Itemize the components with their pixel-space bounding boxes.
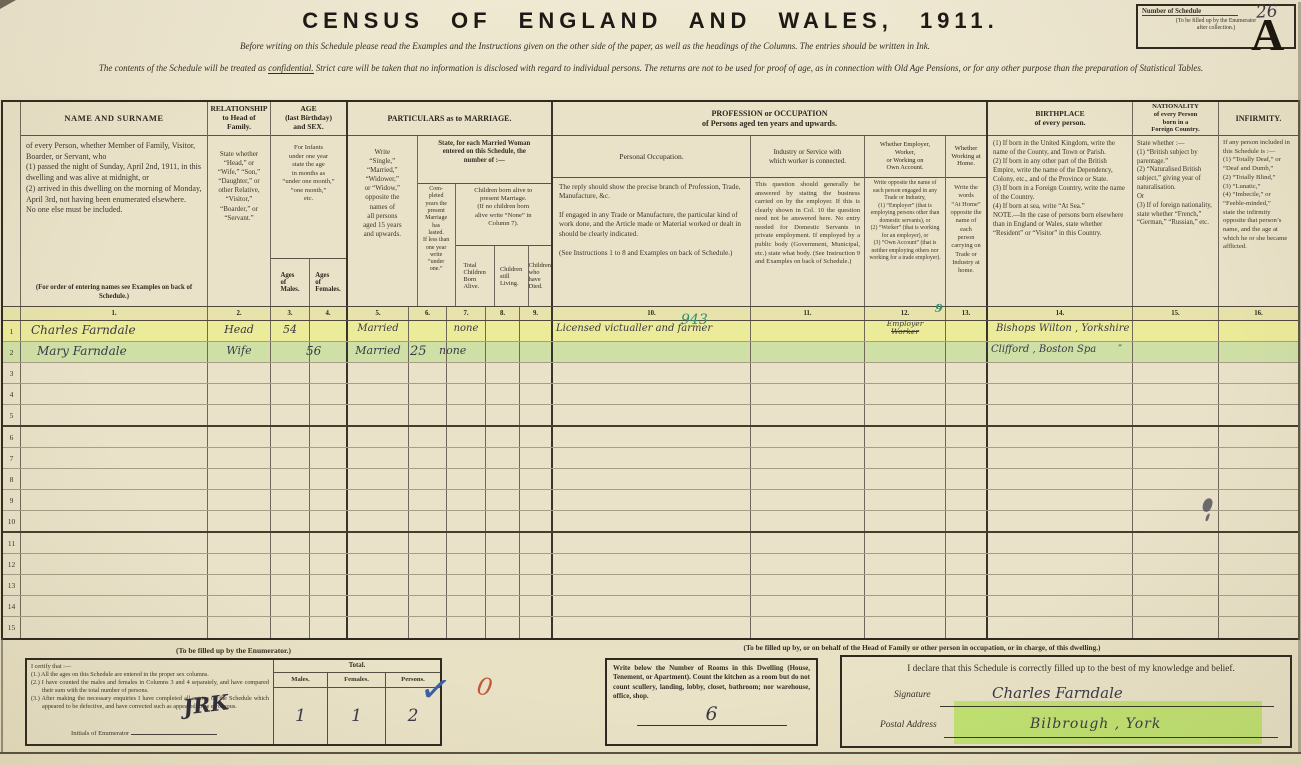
col1-title: NAME AND SURNAME [21,102,207,136]
entry-age-male: 54 [271,323,309,336]
table-row-9: 9 [3,490,1298,511]
entry-marital: Married [348,323,408,334]
col10-header: Personal Occupation. [553,136,750,178]
enumerator-certification-box: I certify that :— (1.) All the ages on t… [25,658,442,746]
col15-instructions: State whether :— (1) “British subject by… [1133,136,1218,306]
initials-label-row: Initials of Enumerator [71,730,217,739]
col4-number: 4. [310,307,348,320]
col13-instructions: Write the words “At Home” opposite the n… [946,178,986,306]
col-infirmity: INFIRMITY. If any person included in thi… [1219,102,1298,306]
declaration-statement: I declare that this Schedule is correctl… [852,664,1290,674]
ages-of-females-header: Ages of Females. [310,259,346,306]
totals-header: Total. [274,660,440,673]
totals-table: Total. Males. Females. Persons. 1 1 2 [274,660,440,744]
enumerator-section-heading: (To be filled up by the Enumerator.) [25,646,442,655]
entry-marital: Married [348,344,408,357]
age-group-title: AGE (last Birthday) and SEX. [271,102,346,136]
table-row-11: 11 [3,533,1298,554]
col10-instructions: The reply should show the precise branch… [553,178,750,306]
col11-number: 11. [751,307,865,320]
scan-left-edge [1,638,3,753]
table-row-10: 10 [3,511,1298,533]
blue-checkmark: ✓ [417,666,454,713]
col1-number: 1. [21,307,208,320]
table-row-5: 5 [3,405,1298,427]
certify-item-3: (3.) After making the necessary enquirie… [31,695,269,711]
occupation-annotation: 943 [681,312,708,328]
table-row-2: 2 Mary Farndale Wife 56 Married 25 none … [3,342,1298,363]
col6-number: 6. [409,307,447,320]
table-header: NAME AND SURNAME of every Person, whethe… [3,102,1298,307]
census-schedule-scan: CENSUS OF ENGLAND AND WALES, 1911. Befor… [0,0,1301,765]
entry-employer-status-struck: Worker [865,327,945,336]
col-working-at-home: Whether Working at Home. Write the words… [946,136,986,306]
certify-intro: I certify that :— [31,663,269,671]
entry-birthplace: Clifford , Boston Spa [988,344,1096,362]
entry-name: Charles Farndale [21,323,207,337]
col2-number: 2. [208,307,271,320]
col16-title: INFIRMITY. [1219,102,1298,136]
col8-number: 8. [486,307,520,320]
declaration-section-heading: (To be filled up by, or on behalf of the… [597,643,1247,652]
age-subcolumns: Ages of Males. Ages of Females. [271,258,346,306]
entry-relationship: Wife [208,344,270,357]
instruction-line-2: The contents of the Schedule will be tre… [12,62,1290,76]
females-column-header: Females. [328,673,386,687]
col12-header: Whether Employer, Worker, or Working on … [865,136,945,178]
col-name-surname: NAME AND SURNAME of every Person, whethe… [21,102,208,306]
col-personal-occupation: Personal Occupation. The reply should sh… [553,136,751,306]
row2-number: 2 [3,342,21,362]
col-profession-group: PROFESSION or OCCUPATION of Persons aged… [553,102,988,306]
table-row-4: 4 [3,384,1298,405]
col12-pencil-annotation: 9 [934,302,943,316]
table-row-3: 3 [3,363,1298,384]
schedule-letter-a: A [1251,12,1284,58]
col3-number: 3. [271,307,310,320]
col2-instructions: State whether “Head,” or “Wife,” “Son,” … [208,136,270,306]
column-number-row: 1. 2. 3. 4. 5. 6. 7. 8. 9. 10. 11. 12. 9… [3,307,1298,321]
col14-number: 14. [988,307,1133,320]
females-total-value: 1 [328,688,386,744]
instruction-2-pre: The contents of the Schedule will be tre… [99,63,268,73]
entry-children-born: none [439,344,485,357]
postal-address-line [944,737,1278,738]
schedule-number-label: Number of Schedule [1142,8,1238,16]
col-industry-service: Industry or Service with which worker is… [751,136,865,306]
rooms-count-value: 6 [705,703,717,725]
entry-age-female: 56 [306,344,346,358]
profession-group-title: PROFESSION or OCCUPATION of Persons aged… [553,102,986,136]
col7-number: 7. [447,307,486,320]
table-row-6: 6 [3,427,1298,448]
certify-item-2: (2.) I have counted the males and female… [31,679,269,695]
col-nationality: NATIONALITY of every Person born in a Fo… [1133,102,1219,306]
entry-name: Mary Farndale [21,344,207,358]
col15-number: 15. [1133,307,1219,320]
declaration-box: I declare that this Schedule is correctl… [840,655,1292,748]
entry-birthplace-ditto: ″ [1118,344,1132,362]
col13-header: Whether Working at Home. [946,136,986,178]
col5-instructions: Write “Single,” “Married,” “Widower,” or… [348,136,418,306]
postal-address-handwritten: Bilbrough , York [1030,716,1161,732]
table-row-8: 8 [3,469,1298,490]
males-total-value: 1 [274,688,328,744]
census-table: NAME AND SURNAME of every Person, whethe… [1,100,1300,640]
col-relationship: RELATIONSHIP to Head of Family. State wh… [208,102,271,306]
col5-number: 5. [348,307,409,320]
col14-instructions: (1) If born in the United Kingdom, write… [988,136,1132,306]
col-employer-worker: Whether Employer, Worker, or Working on … [865,136,946,306]
certify-item-1: (1.) All the ages on this Schedule are e… [31,671,269,679]
table-row-1: 1 Charles Farndale Head 54 Married none … [3,321,1298,342]
signature-line [940,706,1274,707]
col15-title: NATIONALITY of every Person born in a Fo… [1133,102,1218,136]
table-row-7: 7 [3,448,1298,469]
table-row-15: 15 [3,617,1298,638]
certification-text: I certify that :— (1.) All the ages on t… [27,660,274,744]
children-born-note: Children born alive to present Marriage.… [456,184,551,246]
table-row-12: 12 [3,554,1298,575]
col9-number: 9. [520,307,553,320]
col-marriage-group: PARTICULARS as to MARRIAGE. Write “Singl… [348,102,553,306]
col11-header: Industry or Service with which worker is… [751,136,864,178]
married-woman-note: State, for each Married Woman entered on… [418,136,551,184]
col9-header: Children who have Died. [529,246,551,306]
age-group-note: For Infants under one year state the age… [271,136,346,258]
instruction-line-1: Before writing on this Schedule please r… [40,41,1130,51]
col16-instructions: If any person included in this Schedule … [1219,136,1298,306]
table-row-13: 13 [3,575,1298,596]
entry-relationship: Head [208,323,270,336]
col2-title: RELATIONSHIP to Head of Family. [208,102,270,136]
signature-label: Signature [894,690,931,700]
signature-handwritten: Charles Farndale [992,684,1123,702]
instruction-2-post: Strict care will be taken that no inform… [314,63,1204,73]
row1-number: 1 [3,321,21,341]
col16-number: 16. [1219,307,1298,320]
col6-instructions: Com- pleted years the present Marriage h… [418,184,456,306]
confidential-underlined: confidential. [268,63,313,74]
rooms-count-box: Write below the Number of Rooms in this … [605,658,818,746]
col-birthplace: BIRTHPLACE of every person. (1) If born … [988,102,1133,306]
col7-header: Total Children Born Alive. [456,246,495,306]
initials-label: Initials of Enumerator [71,730,129,737]
col12-instructions: Write opposite the name of each person e… [865,178,945,306]
males-column-header: Males. [274,673,328,687]
entry-children-born: none [447,323,485,334]
initials-line [131,734,217,735]
ages-of-males-header: Ages of Males. [271,259,310,306]
col11-instructions: This question should generally be answer… [751,178,864,306]
red-zero-mark: 0 [475,672,495,702]
col10-number: 10. [553,307,751,320]
form-bottom-rule [0,752,1301,754]
postal-address-label: Postal Address [880,720,937,730]
marriage-group-title: PARTICULARS as to MARRIAGE. [348,102,551,136]
row-number-gutter-header [3,102,21,306]
col1-footnote: (For order of entering names see Example… [21,284,207,306]
entry-birthplace: Bishops Wilton , Yorkshire [988,323,1132,334]
entry-occupation: Licensed victualler and farmer [553,323,750,334]
col14-title: BIRTHPLACE of every person. [988,102,1132,136]
col-age-sex-group: AGE (last Birthday) and SEX. For Infants… [271,102,348,306]
col13-number: 13. [946,307,988,320]
table-row-14: 14 [3,596,1298,617]
rooms-instructions: Write below the Number of Rooms in this … [613,664,810,702]
col1-instructions: of every Person, whether Member of Famil… [21,136,207,284]
col8-header: Children still Living. [495,246,529,306]
page-title: CENSUS OF ENGLAND AND WALES, 1911. [0,8,1301,34]
